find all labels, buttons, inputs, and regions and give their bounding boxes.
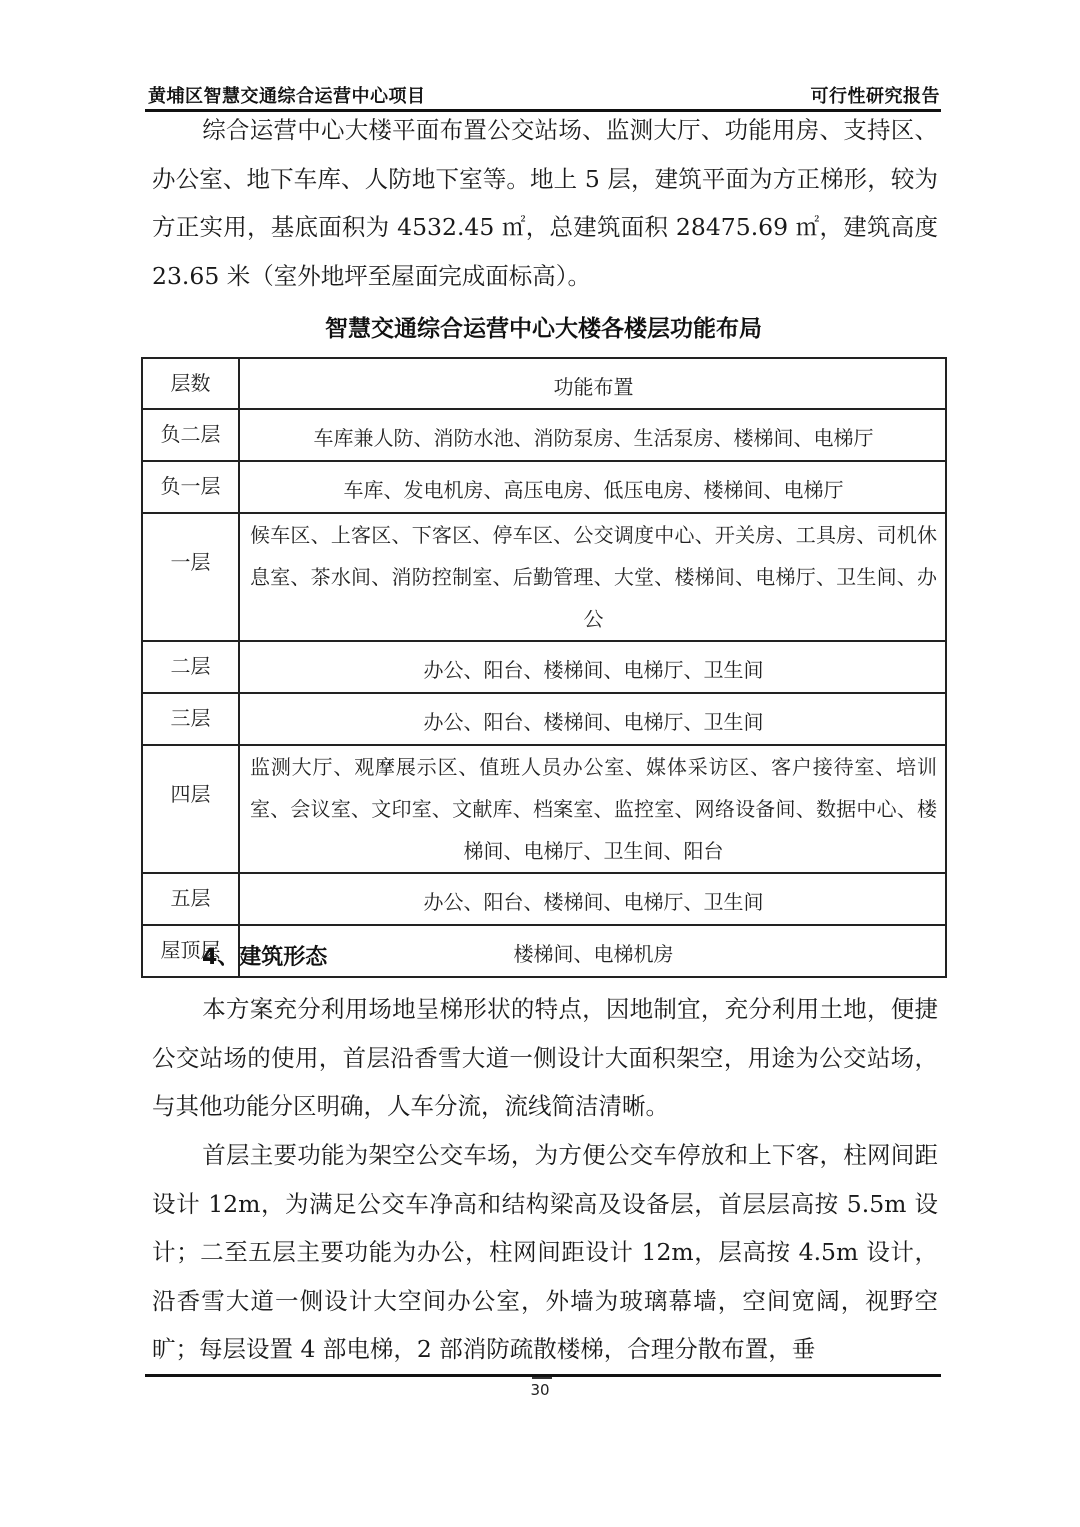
table-header-row: 层数 功能布置 xyxy=(142,358,946,409)
functions-cell: 楼梯间、电梯机房 xyxy=(239,925,946,977)
functions-cell: 办公、阳台、楼梯间、电梯厅、卫生间 xyxy=(239,693,946,745)
section-paragraph-1-text: 本方案充分利用场地呈梯形状的特点，因地制宜，充分利用土地，便捷公交站场的使用，首… xyxy=(152,995,938,1120)
table-row: 负二层 车库兼人防、消防水池、消防泵房、生活泵房、楼梯间、电梯厅 xyxy=(142,409,946,461)
functions-cell: 办公、阳台、楼梯间、电梯厅、卫生间 xyxy=(239,873,946,925)
section-paragraph-1: 本方案充分利用场地呈梯形状的特点，因地制宜，充分利用土地，便捷公交站场的使用，首… xyxy=(152,985,938,1131)
section-paragraph-2-text: 首层主要功能为架空公交车场，为方便公交车停放和上下客，柱网间距设计 12m，为满… xyxy=(152,1141,938,1363)
table-row: 四层 监测大厅、观摩展示区、值班人员办公室、媒体采访区、客户接待室、培训室、会议… xyxy=(142,745,946,873)
floor-cell: 一层 xyxy=(142,513,239,641)
floor-cell: 二层 xyxy=(142,641,239,693)
project-title: 黄埔区智慧交通综合运营中心项目 xyxy=(148,82,426,108)
table-row: 五层 办公、阳台、楼梯间、电梯厅、卫生间 xyxy=(142,873,946,925)
table-row: 三层 办公、阳台、楼梯间、电梯厅、卫生间 xyxy=(142,693,946,745)
table-row: 二层 办公、阳台、楼梯间、电梯厅、卫生间 xyxy=(142,641,946,693)
table-row: 一层 候车区、上客区、下客区、停车区、公交调度中心、开关房、工具房、司机休息室、… xyxy=(142,513,946,641)
header-functions: 功能布置 xyxy=(239,358,946,409)
footer-tick xyxy=(532,1377,552,1379)
intro-paragraph: 综合运营中心大楼平面布置公交站场、监测大厅、功能用房、支持区、办公室、地下车库、… xyxy=(152,106,938,300)
report-type: 可行性研究报告 xyxy=(811,82,941,108)
floor-cell: 负二层 xyxy=(142,409,239,461)
section-heading: 4、建筑形态 xyxy=(202,940,327,971)
intro-paragraph-text: 综合运营中心大楼平面布置公交站场、监测大厅、功能用房、支持区、办公室、地下车库、… xyxy=(152,116,938,290)
floor-cell: 三层 xyxy=(142,693,239,745)
functions-cell: 监测大厅、观摩展示区、值班人员办公室、媒体采访区、客户接待室、培训室、会议室、文… xyxy=(239,745,946,873)
header-floor: 层数 xyxy=(142,358,239,409)
floor-cell: 四层 xyxy=(142,745,239,873)
floor-function-table: 层数 功能布置 负二层 车库兼人防、消防水池、消防泵房、生活泵房、楼梯间、电梯厅… xyxy=(141,357,947,978)
functions-cell: 候车区、上客区、下客区、停车区、公交调度中心、开关房、工具房、司机休息室、茶水间… xyxy=(239,513,946,641)
floor-cell: 负一层 xyxy=(142,461,239,513)
functions-cell: 车库、发电机房、高压电房、低压电房、楼梯间、电梯厅 xyxy=(239,461,946,513)
table-title: 智慧交通综合运营中心大楼各楼层功能布局 xyxy=(141,310,946,343)
section-paragraph-2: 首层主要功能为架空公交车场，为方便公交车停放和上下客，柱网间距设计 12m，为满… xyxy=(152,1131,938,1374)
table-row: 负一层 车库、发电机房、高压电房、低压电房、楼梯间、电梯厅 xyxy=(142,461,946,513)
floor-cell: 五层 xyxy=(142,873,239,925)
page-number: 30 xyxy=(0,1381,1080,1399)
functions-cell: 车库兼人防、消防水池、消防泵房、生活泵房、楼梯间、电梯厅 xyxy=(239,409,946,461)
functions-cell: 办公、阳台、楼梯间、电梯厅、卫生间 xyxy=(239,641,946,693)
